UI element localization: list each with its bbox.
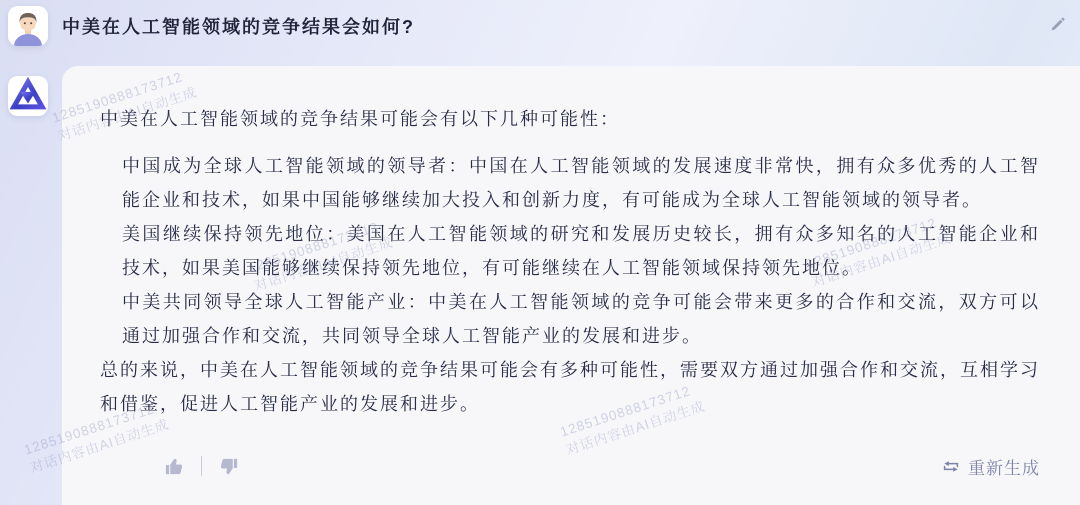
response-bullets: 中国成为全球人工智能领域的领导者：中国在人工智能领域的发展速度非常快，拥有众多优…: [122, 149, 1040, 353]
thumbs-down-button[interactable]: [216, 454, 241, 479]
response-conclusion: 总的来说，中美在人工智能领域的竞争结果可能会有多种可能性，需要双方通过加强合作和…: [100, 353, 1040, 421]
toolbar-divider: [201, 456, 202, 476]
thumbs-up-button[interactable]: [162, 454, 187, 479]
regenerate-label: 重新生成: [968, 454, 1040, 479]
response-bullet: 中美共同领导全球人工智能产业：中美在人工智能领域的竞争可能会带来更多的合作和交流…: [122, 285, 1040, 353]
thumbs-up-icon: [163, 455, 186, 478]
edit-question-button[interactable]: [1048, 13, 1068, 33]
question-text: 中美在人工智能领域的竞争结果会如何?: [62, 0, 415, 55]
regenerate-button[interactable]: 重新生成: [942, 454, 1040, 479]
response-card: 中美在人工智能领域的竞争结果可能会有以下几种可能性： 中国成为全球人工智能领域的…: [62, 66, 1080, 505]
pencil-icon: [1050, 15, 1067, 32]
response-body: 中美在人工智能领域的竞争结果可能会有以下几种可能性： 中国成为全球人工智能领域的…: [62, 66, 1080, 421]
user-avatar-icon: [8, 6, 48, 46]
assistant-avatar: [8, 76, 48, 116]
user-avatar: [8, 6, 48, 46]
response-bullet: 美国继续保持领先地位：美国在人工智能领域的研究和发展历史较长，拥有众多知名的人工…: [122, 217, 1040, 285]
refresh-icon: [942, 459, 960, 474]
question-row: 中美在人工智能领域的竞争结果会如何?: [0, 0, 1080, 66]
thumbs-down-icon: [217, 455, 240, 478]
response-intro: 中美在人工智能领域的竞争结果可能会有以下几种可能性：: [100, 102, 1040, 136]
response-toolbar: 重新生成: [162, 453, 1040, 479]
assistant-logo-icon: [8, 76, 48, 116]
response-bullet: 中国成为全球人工智能领域的领导者：中国在人工智能领域的发展速度非常快，拥有众多优…: [122, 149, 1040, 217]
